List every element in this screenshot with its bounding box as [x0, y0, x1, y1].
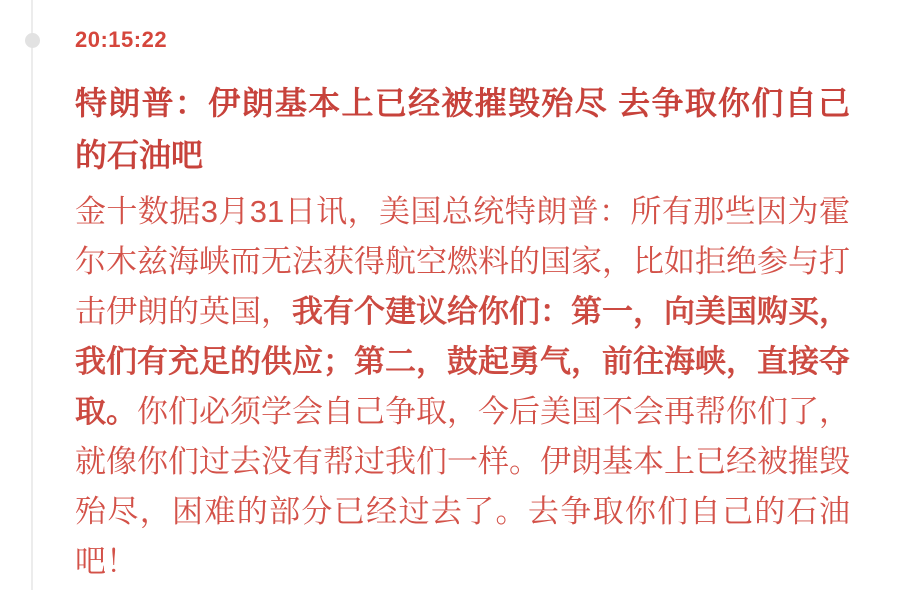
timeline-dot-icon [25, 33, 40, 48]
timeline-rail [31, 0, 33, 590]
news-body: 金十数据3月31日讯，美国总统特朗普：所有那些因为霍尔木兹海峡而无法获得航空燃料… [75, 187, 850, 587]
news-title: 特朗普：伊朗基本上已经被摧毁殆尽 去争取你们自己的石油吧 [75, 77, 850, 181]
news-body-segment-regular-2: 你们必须学会自己争取，今后美国不会再帮你们了，就像你们过去没有帮过我们一样。伊朗… [75, 394, 850, 579]
news-item[interactable]: 20:15:22 特朗普：伊朗基本上已经被摧毁殆尽 去争取你们自己的石油吧 金十… [75, 0, 850, 587]
news-flash-page: 20:15:22 特朗普：伊朗基本上已经被摧毁殆尽 去争取你们自己的石油吧 金十… [0, 0, 900, 590]
news-timestamp: 20:15:22 [75, 27, 850, 53]
